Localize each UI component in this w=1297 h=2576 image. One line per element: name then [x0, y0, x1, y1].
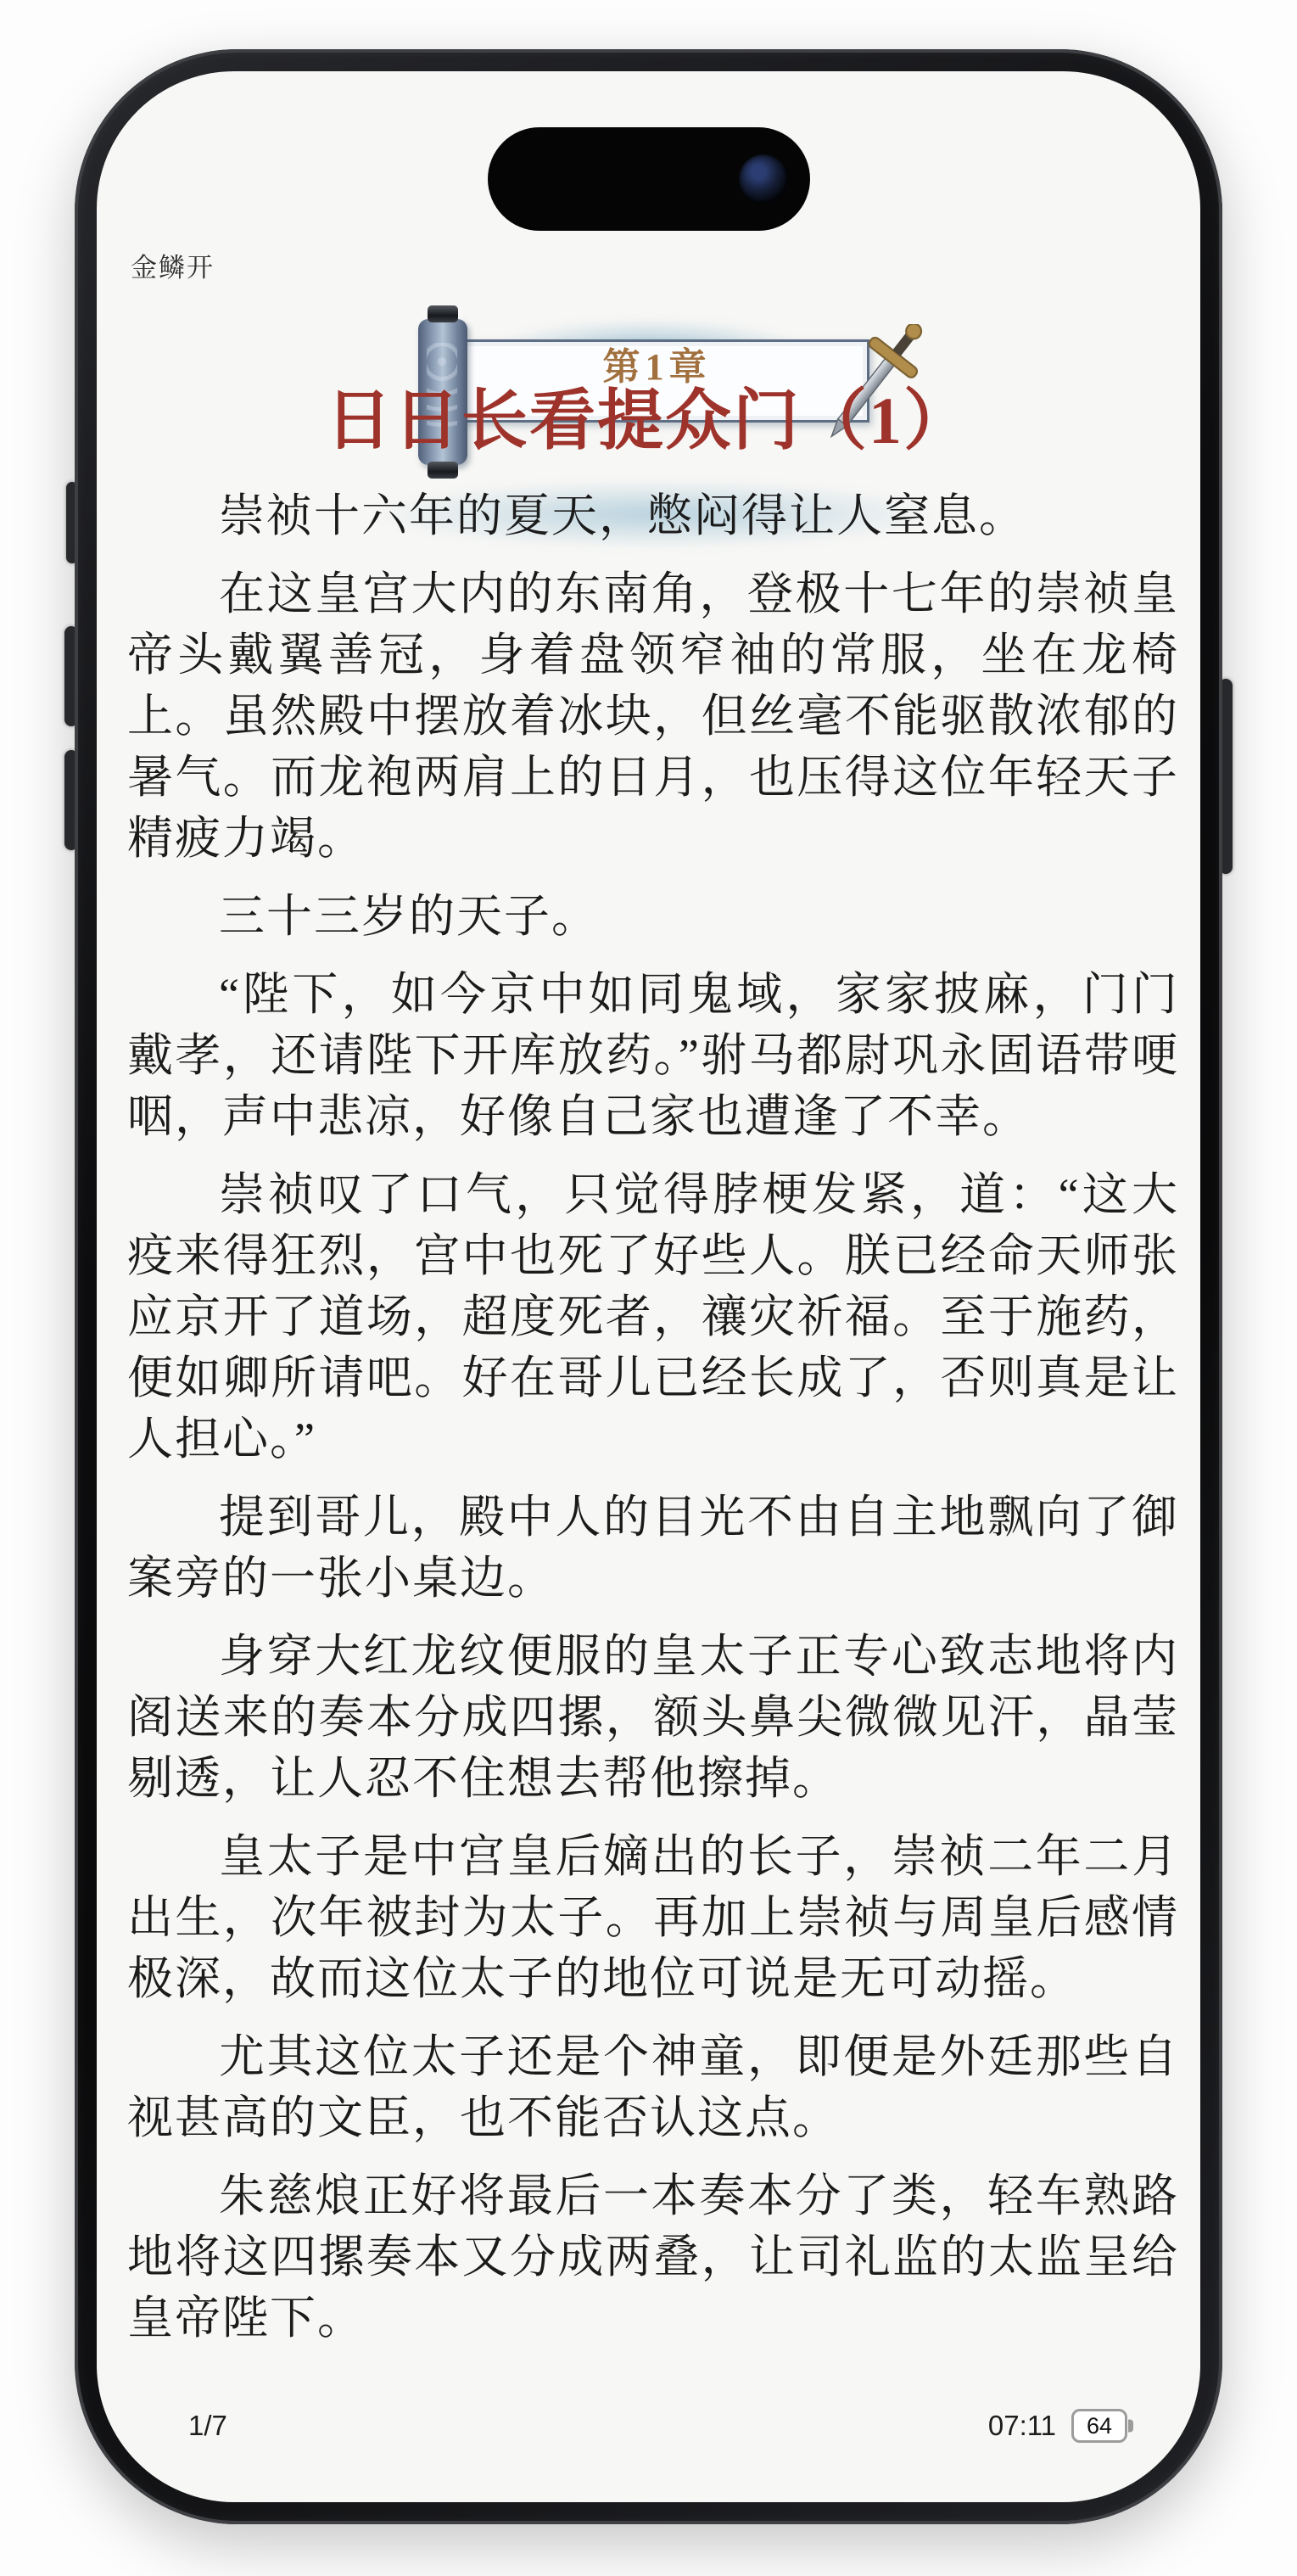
screenshot-stage: 金鳞开 第1章	[0, 0, 1297, 2576]
scroll-knob-bottom	[428, 462, 458, 479]
paragraph: 皇太子是中宫皇后嫡出的长子，崇祯二年二月出生，次年被封为太子。再加上崇祯与周皇后…	[127, 1826, 1179, 2009]
paragraph: 朱慈烺正好将最后一本奏本分了类，轻车熟路地将这四摞奏本又分成两叠，让司礼监的太监…	[127, 2165, 1179, 2349]
footer-status-group: 07:11 64	[988, 2409, 1127, 2443]
page-indicator: 1/7	[188, 2410, 227, 2442]
paragraph: 三十三岁的天子。	[127, 886, 1179, 947]
dynamic-island	[488, 127, 810, 231]
phone-frame: 金鳞开 第1章	[75, 49, 1222, 2524]
chapter-body: 崇祯十六年的夏天，憋闷得让人窒息。 在这皇宫大内的东南角，登极十七年的崇祯皇帝头…	[127, 485, 1179, 2349]
scroll-knob-top	[428, 305, 458, 322]
paragraph: 尤其这位太子还是个神童，即便是外廷那些自视甚高的文臣，也不能否认这点。	[127, 2026, 1179, 2148]
battery-icon: 64	[1071, 2409, 1127, 2443]
reader-footer: 1/7 07:11 64	[188, 2409, 1127, 2443]
book-title: 金鳞开	[131, 246, 215, 284]
paragraph: 身穿大红龙纹便服的皇太子正专心致志地将内阁送来的奏本分成四摞，额头鼻尖微微见汗，…	[127, 1626, 1179, 1809]
paragraph: 提到哥儿，殿中人的目光不由自主地飘向了御案旁的一张小桌边。	[127, 1487, 1179, 1609]
paragraph: 在这皇宫大内的东南角，登极十七年的崇祯皇帝头戴翼善冠，身着盘领窄袖的常服，坐在龙…	[127, 563, 1179, 869]
camera-icon	[739, 154, 788, 204]
clock-label: 07:11	[988, 2410, 1056, 2442]
paragraph: 崇祯十六年的夏天，憋闷得让人窒息。	[127, 485, 1179, 546]
paragraph: 崇祯叹了口气，只觉得脖梗发紧，道：“这大疫来得狂烈，宫中也死了好些人。朕已经命天…	[127, 1164, 1179, 1470]
paragraph: “陛下，如今京中如同鬼域，家家披麻，门门戴孝，还请陛下开库放药。”驸马都尉巩永固…	[127, 964, 1179, 1147]
reader-page[interactable]: 金鳞开 第1章	[97, 71, 1200, 2502]
chapter-title: 日日长看提众门（1）	[259, 378, 1039, 463]
